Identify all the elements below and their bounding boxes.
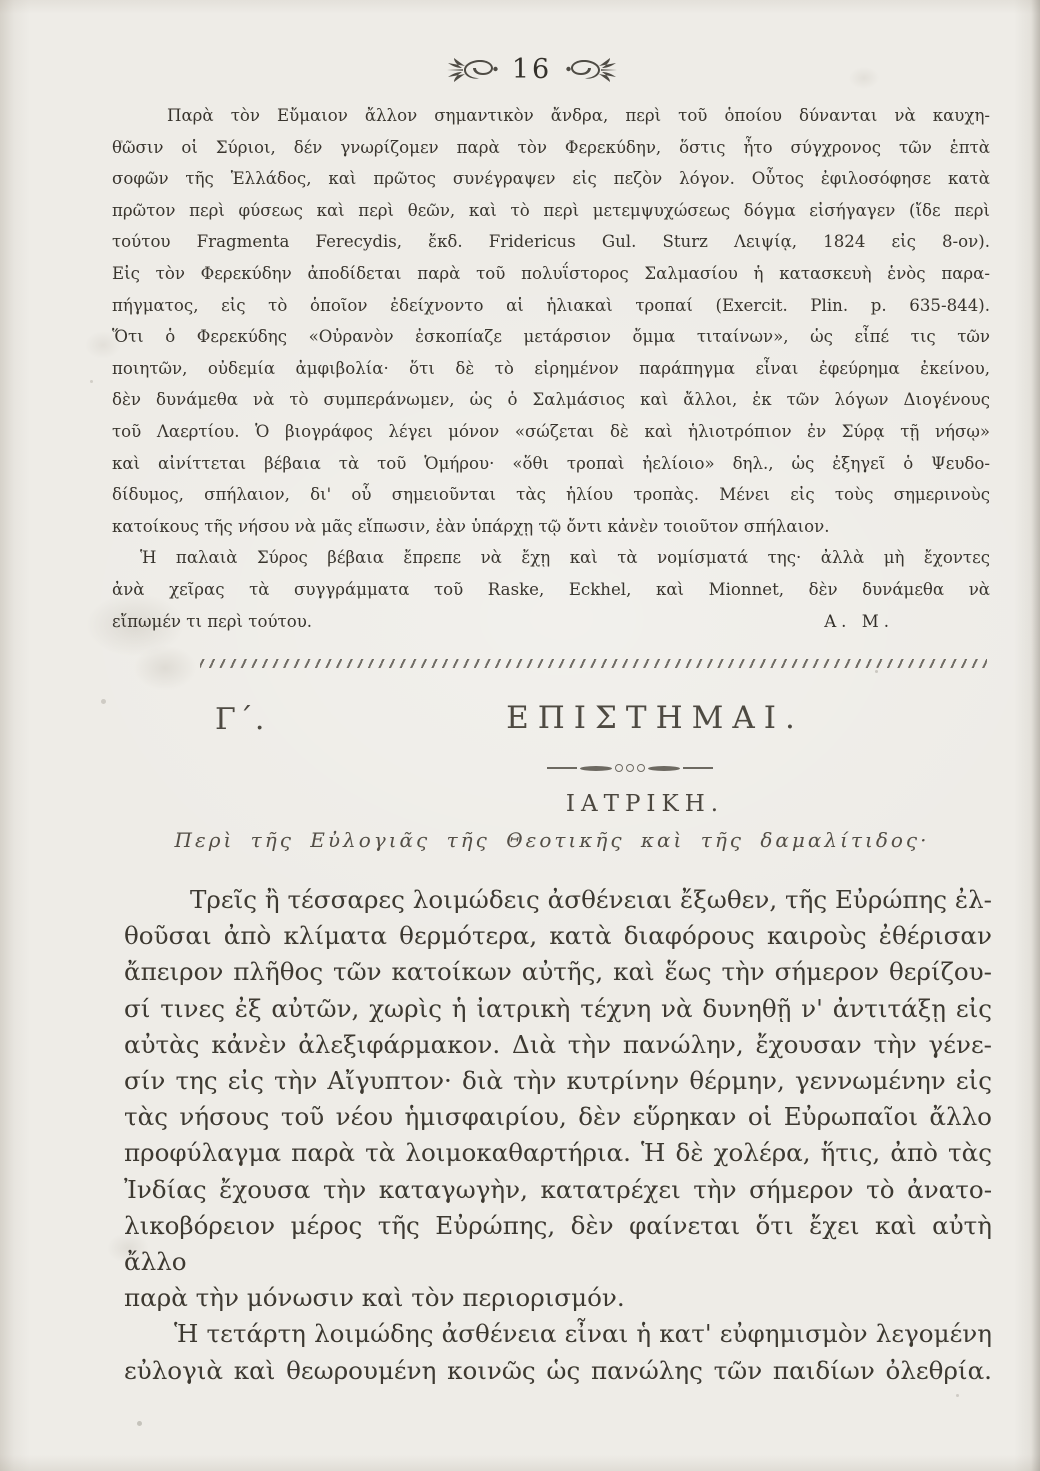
body-line: Τρεῖς ἢ τέσσαρες λοιμώδεις ἀσθένειαι ἔξω…: [124, 882, 992, 918]
body-line: Ἡ τετάρτη λοιμώδης ἀσθένεια εἶναι ἡ κατ'…: [124, 1316, 992, 1352]
fleuron-left-icon: [446, 55, 498, 85]
subsection-title: ΙΑΤΡΙΚΗ.: [566, 791, 724, 817]
text-line: ποιητῶν, οὐδεμία ἀμφιβολία· ὅτι δὲ τὸ εἰ…: [112, 353, 990, 385]
section-title: ΕΠΙΣΤΗΜΑΙ.: [506, 700, 804, 736]
body-line: λικοβόρειον μέρος τῆς Εὐρώπης, δὲν φαίνε…: [124, 1208, 992, 1280]
text-line: δίδυμος, σπήλαιον, δι' οὗ σημειοῦνται τὰ…: [112, 479, 990, 511]
rule-circle: [637, 764, 645, 772]
text-line: Εἰς τὸν Φερεκύδην ἀποδίδεται παρὰ τοῦ πο…: [112, 258, 990, 290]
text-line: τούτου Fragmenta Ferecydis, ἔκδ. Frideri…: [112, 226, 990, 258]
section-heading-row: Γ΄. ΕΠΙΣΤΗΜΑΙ.: [0, 700, 1040, 744]
rule-dash: [683, 767, 713, 769]
body-line: τὰς νήσους τοῦ νέου ἡμισφαιρίου, δὲν εὕρ…: [124, 1099, 992, 1135]
text-line: εἴπωμέν τι περὶ τούτου.: [112, 606, 312, 638]
rule-circle: [615, 764, 623, 772]
body-line: αὐτὰς κἀνὲν ἀλεξιφάρμακον. Διὰ τὴν πανώλ…: [124, 1027, 992, 1063]
author-initials: Α. Μ.: [824, 606, 990, 638]
fleuron-right-icon: [566, 55, 618, 85]
scanned-book-page: 16 Παρὰ τὸν Εὔμαιον ἄλλον σημαντικὸν ἄνδ…: [0, 0, 1040, 1471]
body-line: Ἰνδίας ἔχουσα τὴν καταγωγὴν, κατατρέχει …: [124, 1172, 992, 1208]
section-divider-ornament: [200, 659, 987, 668]
body-line: παρὰ τὴν μόνωσιν καὶ τὸν περιορισμόν.: [124, 1280, 992, 1316]
body-line: ἄπειρον πλῆθος τῶν κατοίκων αὐτῆς, καὶ ἕ…: [124, 954, 992, 990]
page-header: 16: [12, 54, 1040, 85]
text-line: κατοίκους τῆς νήσου νὰ μᾶς εἴπωσιν, ἐὰν …: [112, 511, 990, 543]
text-line: θῶσιν οἱ Σύριοι, δέν γνωρίζομεν παρὰ τὸν…: [112, 132, 990, 164]
text-line: πήγματος, εἰς τὸ ὁποῖον ἐδείχνοντο αἱ ἡλ…: [112, 290, 990, 322]
body-line: προφύλαγμα παρὰ τὰ λοιμοκαθαρτήρια. Ἡ δὲ…: [124, 1135, 992, 1171]
rule-circle: [626, 764, 634, 772]
heading-rule-ornament: [547, 764, 713, 772]
body-line: σίν της εἰς τὴν Αἴγυπτον· διὰ τὴν κυτρίν…: [124, 1063, 992, 1099]
text-line: ἀνὰ χεῖρας τὰ συγγράμματα τοῦ Raske, Eck…: [112, 574, 990, 606]
text-line: σοφῶν τῆς Ἑλλάδος, καὶ πρῶτος συνέγραψεν…: [112, 163, 990, 195]
article-subtitle: Περὶ τῆς Εὐλογιᾶς τῆς Θεοτικῆς καὶ τῆς δ…: [175, 828, 930, 852]
text-line: Παρὰ τὸν Εὔμαιον ἄλλον σημαντικὸν ἄνδρα,…: [112, 100, 990, 132]
text-line: Ὅτι ὁ Φερεκύδης «Οὐρανὸν ἐσκοπίαζε μετάρ…: [112, 321, 990, 353]
rule-dash: [547, 767, 577, 769]
page-number: 16: [512, 54, 552, 85]
text-line: Ἡ παλαιὰ Σύρος βέβαια ἔπρεπε νὰ ἔχῃ καὶ …: [112, 542, 990, 574]
text-line: τοῦ Λαερτίου. Ὁ βιογράφος λέγει μόνον «σ…: [112, 416, 990, 448]
body-line: εὐλογιὰ καὶ θεωρουμένη κοινῶς ὡς πανώλης…: [124, 1353, 992, 1389]
text-line: πρῶτον περὶ φύσεως καὶ περὶ θεῶν, καὶ τὸ…: [112, 195, 990, 227]
section-numeral: Γ΄.: [215, 702, 266, 737]
text-line: καὶ αἰνίττεται βέβαια τὰ τοῦ Ὁμήρου· «ὅθ…: [112, 448, 990, 480]
previous-article-end: Παρὰ τὸν Εὔμαιον ἄλλον σημαντικὸν ἄνδρα,…: [112, 100, 990, 637]
article-body: Τρεῖς ἢ τέσσαρες λοιμώδεις ἀσθένειαι ἔξω…: [124, 882, 992, 1389]
body-line: σί τινες ἐξ αὐτῶν, χωρὶς ἡ ἰατρικὴ τέχνη…: [124, 991, 992, 1027]
body-line: θοῦσαι ἀπὸ κλίματα θερμότερα, κατὰ διαφό…: [124, 918, 992, 954]
signature-line: εἴπωμέν τι περὶ τούτου. Α. Μ.: [112, 606, 990, 638]
text-line: δὲν δυνάμεθα νὰ τὸ συμπεράνωμεν, ὡς ὁ Σα…: [112, 384, 990, 416]
rule-lens: [648, 766, 680, 771]
rule-lens: [580, 766, 612, 771]
